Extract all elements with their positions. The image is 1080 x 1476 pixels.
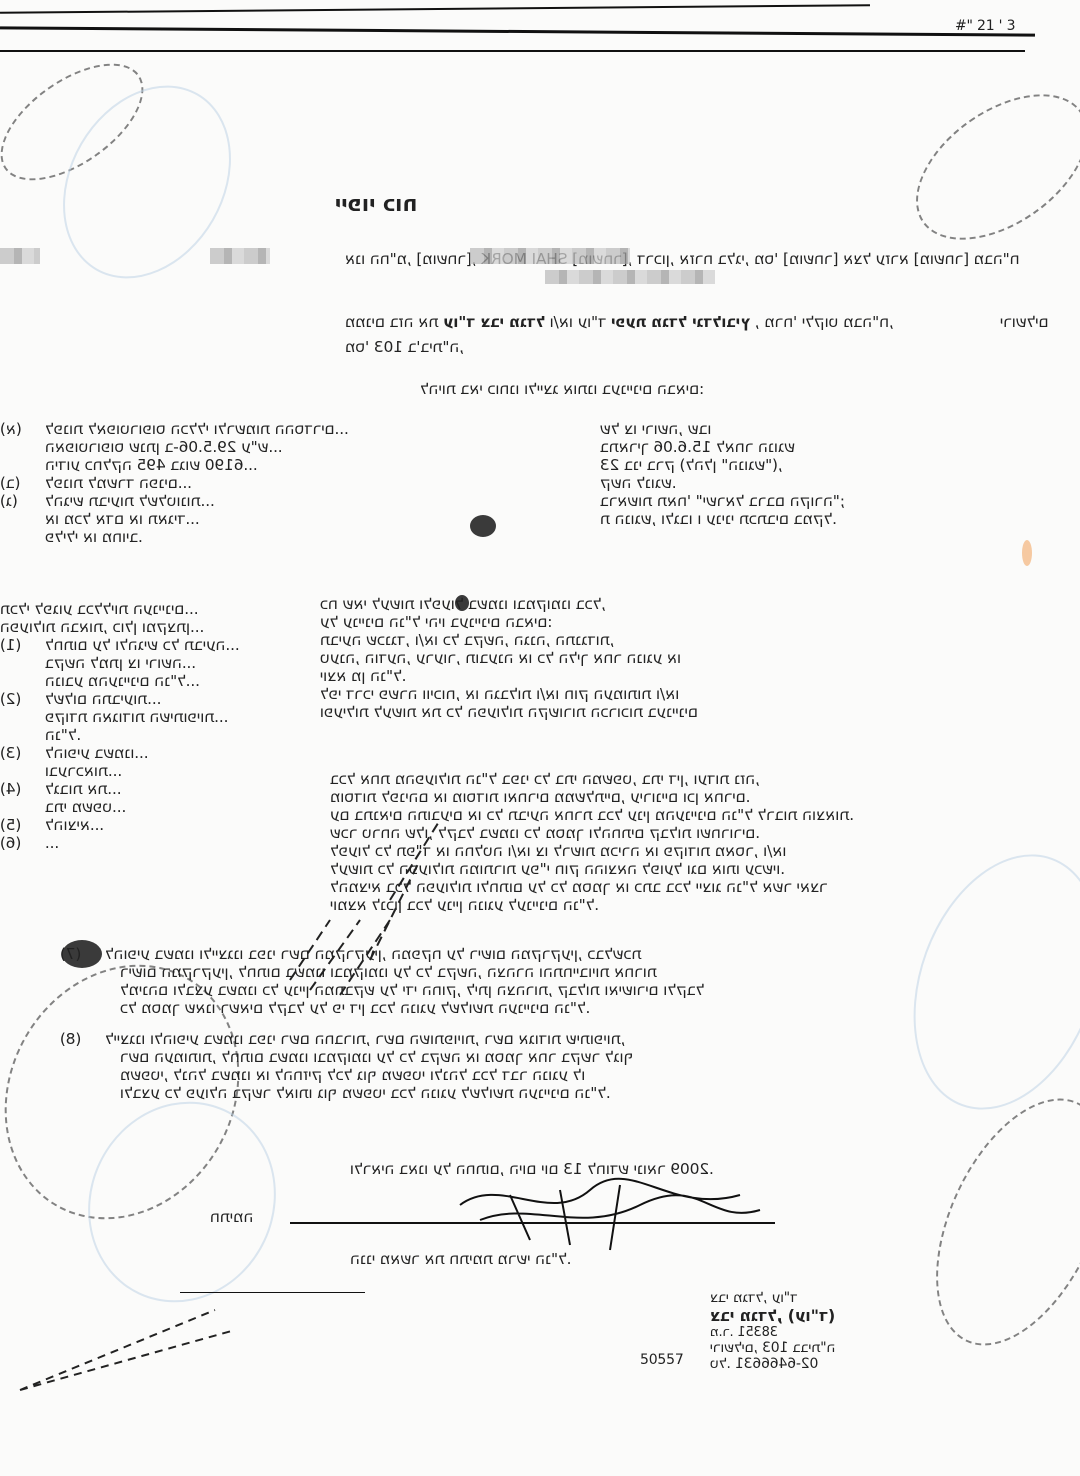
item-7: (7)להופיע בשמנו ולייצגנו בפני רשם המקרקע…: [60, 945, 1060, 1017]
powers-line: תביעה שכנגד, ו/או כל בקשה, הגנה, התנגדות…: [320, 631, 1080, 649]
left-item: (ב)לפנות למשרד הפנים...: [0, 474, 560, 492]
item-7-line: רישום המקרקעין, לחתום בשמנו ובמקומנו על …: [60, 963, 1060, 981]
item-8-line: (8)לייצגנו ולהופיע בשמנו בפני רשם החברות…: [60, 1030, 1060, 1048]
powers-line: כח שאי לעשות ולפעול בשמנו ובמקומנו בכל,: [320, 595, 1080, 613]
appointment-line-2: מס' 103 ב'בית"ה,: [345, 338, 464, 356]
right-col-line: בראשות תאח' "ישראל ברבם הקורה";: [600, 492, 1080, 510]
left-item: (ג)להגיש תביעות לשלטונות...: [0, 492, 560, 510]
powers-line: ופעילות לעשות את כל הפעולות הקשורות הכרו…: [320, 703, 1080, 721]
power-item: הנובע מהעניינים הנ"ל...: [0, 672, 330, 690]
appointment-mid: ו/או עו"ד: [550, 313, 607, 331]
item-7-line: למינהם ולבצע בשמנו כל עניין המתבקש על יד…: [60, 981, 1060, 999]
appointment-pre: ממנים בזה את: [345, 313, 438, 331]
lawyer-stamp: צבי מגדל, עו"ד צבי מגדל, (עו"ד) מ.ר. 383…: [710, 1290, 910, 1372]
lawyer-stamp-line: צבי מגדל, עו"ד: [710, 1290, 910, 1306]
right-col-line: ת הנוגש, ולגבו ו עניני תכתבים במקל.: [600, 510, 1080, 528]
item-8-line: ולבצע כל פעולה בקשר לאותו גוף משפטי בכל …: [60, 1084, 1060, 1102]
document-page: #" 21 ' 3 ייפוי כוח אנו הח"מ, [מושחר], S…: [0, 0, 1080, 1476]
power-item: ובערכאות...: [0, 762, 330, 780]
lawyer-stamp-line: צבי מגדל, (עו"ד): [710, 1306, 910, 1325]
item-7-line: כל מסמך שאנו רשאים לקבל על פי דין בכל הנ…: [60, 999, 1060, 1017]
power-item: (4)לגבות את...: [0, 780, 330, 798]
powers-line: לפי דרכי פשרה וויכוח, או הגבלות ו/או חוק…: [320, 685, 1080, 703]
intro-line-1: אנו הח"מ, [מושחר], SHAI MORK [מושחר], דר…: [345, 250, 1080, 268]
redaction-block: [0, 248, 40, 264]
signature-label: חתימה: [210, 1208, 253, 1226]
signature-scribble: [440, 1165, 770, 1255]
power-item: פקודת האגודות השיתופיות...: [0, 708, 330, 726]
attorney-1: עו"ד צבי מגדל: [443, 313, 545, 331]
powers-line: יוצא מן הנ"ל.: [320, 667, 1080, 685]
powers-intro: כח שאי לעשות ולפעול בשמנו ובמקומנו בכל, …: [320, 595, 1080, 721]
redaction-block: [210, 248, 270, 264]
margin-scribble: [270, 800, 450, 1000]
power-item: בקשה למתן צו ירושה...: [0, 654, 330, 672]
appointment-post: , מרח' ילקוט מבה"ח,: [755, 313, 894, 331]
footer-code: 50557: [640, 1352, 684, 1368]
power-item: תכלי לפגוע בכלליות העניינים...: [0, 600, 330, 618]
left-item: או מכל אדם או תאגיד...: [0, 510, 560, 528]
right-col-line: קשה לנוגש.: [600, 474, 1080, 492]
redaction-block: [545, 270, 715, 284]
lawyer-stamp-line: טל. 02-6466631: [710, 1356, 910, 1372]
right-col-line: של צו ירושה, שבו: [600, 420, 1080, 438]
right-column: של צו ירושה, שבו בתאריך 15.6.06 לאחר הנו…: [600, 420, 1080, 528]
redaction-block: [470, 248, 630, 264]
item-8-line: משפטי, לנהל בשמנו או להחזיק לכל גוף משפט…: [60, 1066, 1060, 1084]
lead-text: להיות באי כוחנו ולייצג אותנו בעניינים הב…: [420, 380, 704, 398]
power-item: הנ"ל.: [0, 726, 330, 744]
power-item: (2)לשלום התביעות...: [0, 690, 330, 708]
document-title: ייפוי כוח: [335, 192, 417, 217]
lawyer-stamp-line: מ.ר. 38351: [710, 1325, 910, 1340]
attorney-2: יפעת מגדל יגדלוביץ: [611, 313, 750, 331]
stamp-arrow-scribble: [15, 1290, 255, 1400]
lawyer-stamp-line: ירושלים, 103 בבית"ה: [710, 1340, 910, 1356]
right-col-line: 23 בני ברק (להלן "הנוגש"),: [600, 456, 1080, 474]
left-item: (א)לפנות לאפוטרופוס הכללי ולרשמות ההסדרי…: [0, 420, 560, 438]
left-items: (א)לפנות לאפוטרופוס הכללי ולרשמות ההסדרי…: [0, 420, 560, 546]
power-item: הפעולות הבאות, כולן ומקצתן...: [0, 618, 330, 636]
item-8: (8)לייצגנו ולהופיע בשמנו בפני רשם החברות…: [60, 1030, 1060, 1102]
powers-line: טענה, הודעה, ערעור, תובענה או כל הליך אח…: [320, 649, 1080, 667]
item-7-line: (7)להופיע בשמנו ולייצגנו בפני רשם המקרקע…: [60, 945, 1060, 963]
appointment-line-1: ממנים בזה את עו"ד צבי מגדל ו/או עו"ד יפע…: [345, 313, 894, 331]
power-item: (3)להופיע בשמנו...: [0, 744, 330, 762]
powers-line: על עניינים הנ"ל יהיו בעניינים הבאים:: [320, 613, 1080, 631]
power-item: (1)לחתום על ולהגיש כל תביעה...: [0, 636, 330, 654]
appointment-city: ירושלים: [1000, 313, 1049, 331]
left-item: הידוע כחלקה 495 בגוש 6190...: [0, 456, 560, 474]
body-line: בכל אחת מהפעולות הנ"ל בפני כל בתי המשפט,…: [330, 770, 1080, 788]
right-col-line: בתאריך 15.6.06 לאחר הנוגש: [600, 438, 1080, 456]
item-8-line: רשם העמותות, לחתום בשמנו ובמקומנו על כל …: [60, 1048, 1060, 1066]
left-item: האפוטרופוס שנתן ב-29.5.06 ע"ש...: [0, 438, 560, 456]
left-item: פלילי או מחויב.: [0, 528, 560, 546]
